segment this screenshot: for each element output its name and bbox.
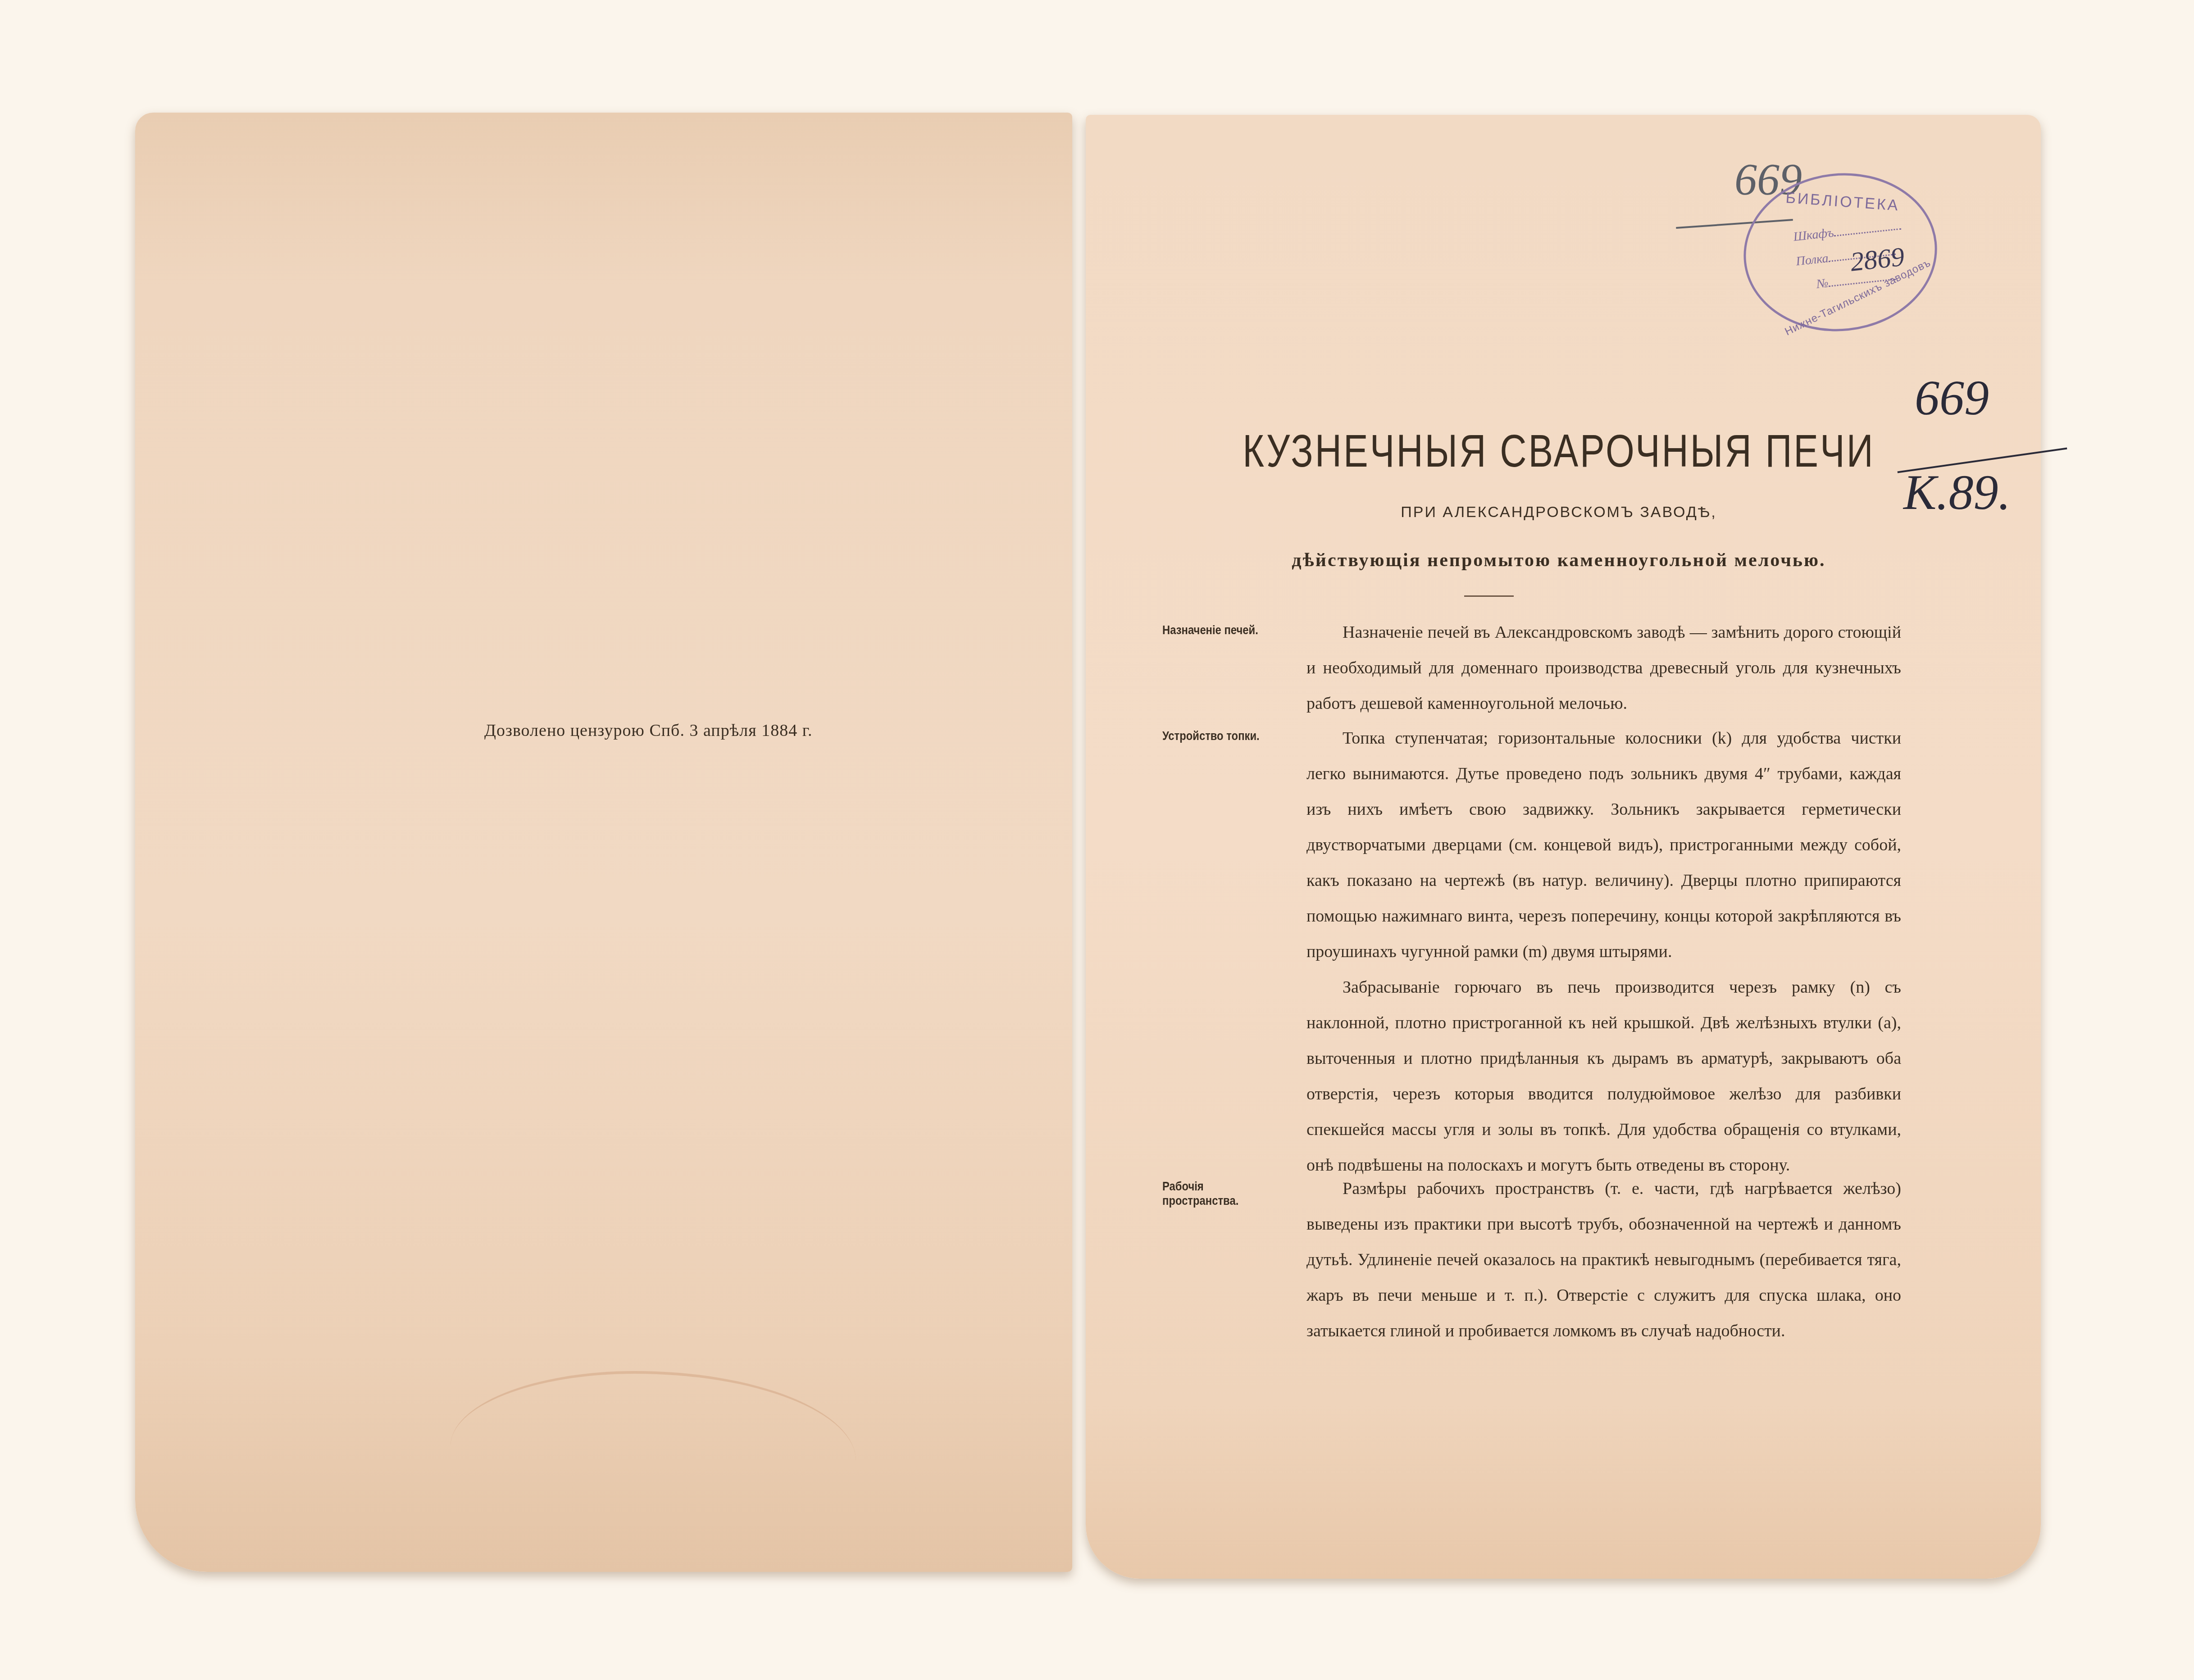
section-label: Назначеніе печей. [1162, 623, 1277, 637]
paragraph: Назначеніе печей въ Александровскомъ зав… [1306, 615, 1901, 722]
section-label: Устройство топки. [1162, 729, 1277, 743]
stamp-number-label: № [1816, 276, 1830, 291]
document-title: КУЗНЕЧНЫЯ СВАРОЧНЫЯ ПЕЧИ [1081, 425, 2036, 478]
title-rule [1464, 595, 1514, 597]
stamp-title: БИБЛІОТЕКА [1785, 189, 1900, 215]
paragraph: Размѣры рабочихъ пространствъ (т. е. час… [1306, 1171, 1901, 1349]
stamp-shelf-row: Шкафъ [1793, 219, 1902, 245]
section-body: Размѣры рабочихъ пространствъ (т. е. час… [1306, 1171, 1901, 1349]
stamp-polka-label: Полка [1795, 251, 1829, 268]
document-description: дѣйствующія непромытою каменноугольной м… [1081, 549, 2036, 571]
stamp-shelf-label: Шкафъ [1793, 226, 1834, 244]
section-label: Рабочія пространства. [1162, 1179, 1277, 1208]
section-body: Назначеніе печей въ Александровскомъ зав… [1306, 615, 1901, 722]
handwritten-side-number: 669 [1915, 369, 1989, 427]
paragraph: Забрасываніе горючаго въ печь производит… [1306, 970, 1901, 1183]
document-subtitle: ПРИ АЛЕКСАНДРОВСКОМЪ ЗАВОДѢ, [1081, 504, 2036, 521]
paragraph: Топка ступенчатая; горизонтальные колосн… [1306, 721, 1901, 970]
section-body: Топка ступенчатая; горизонтальные колосн… [1306, 721, 1901, 1183]
censorship-note: Дозволено цензурою Спб. 3 апрѣля 1884 г. [484, 721, 813, 740]
left-page [135, 113, 1072, 1572]
water-stain [451, 1371, 856, 1536]
